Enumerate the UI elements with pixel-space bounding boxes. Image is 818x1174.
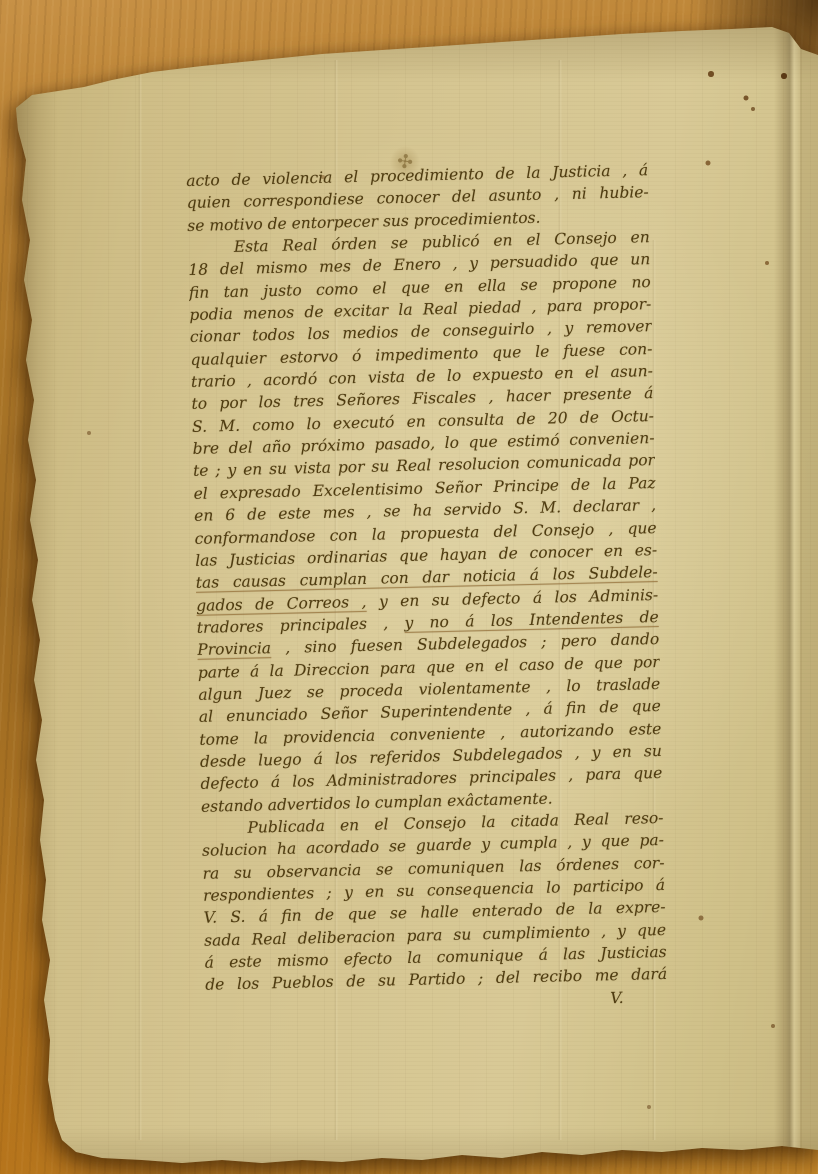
paper-bottom-edge-shadow [0,1126,818,1168]
paper-top-edge-shadow [0,26,818,82]
foxing-specks [0,0,2,2]
paper-left-edge-shadow [14,80,58,1160]
desk-background: ✣ acto de violencia el procedimiento de … [0,0,818,1174]
page-fold-line [774,26,802,1152]
paper-wrapper: ✣ acto de violencia el procedimiento de … [0,0,818,1174]
photo-of-document: { "document": { "description": "Scanned … [0,0,818,1174]
paper-crease [138,60,142,1140]
page-fold-strip [800,30,818,1150]
document-page: ✣ acto de violencia el procedimiento de … [0,0,818,1174]
document-text-block: acto de violencia el procedimiento de la… [186,159,668,1019]
